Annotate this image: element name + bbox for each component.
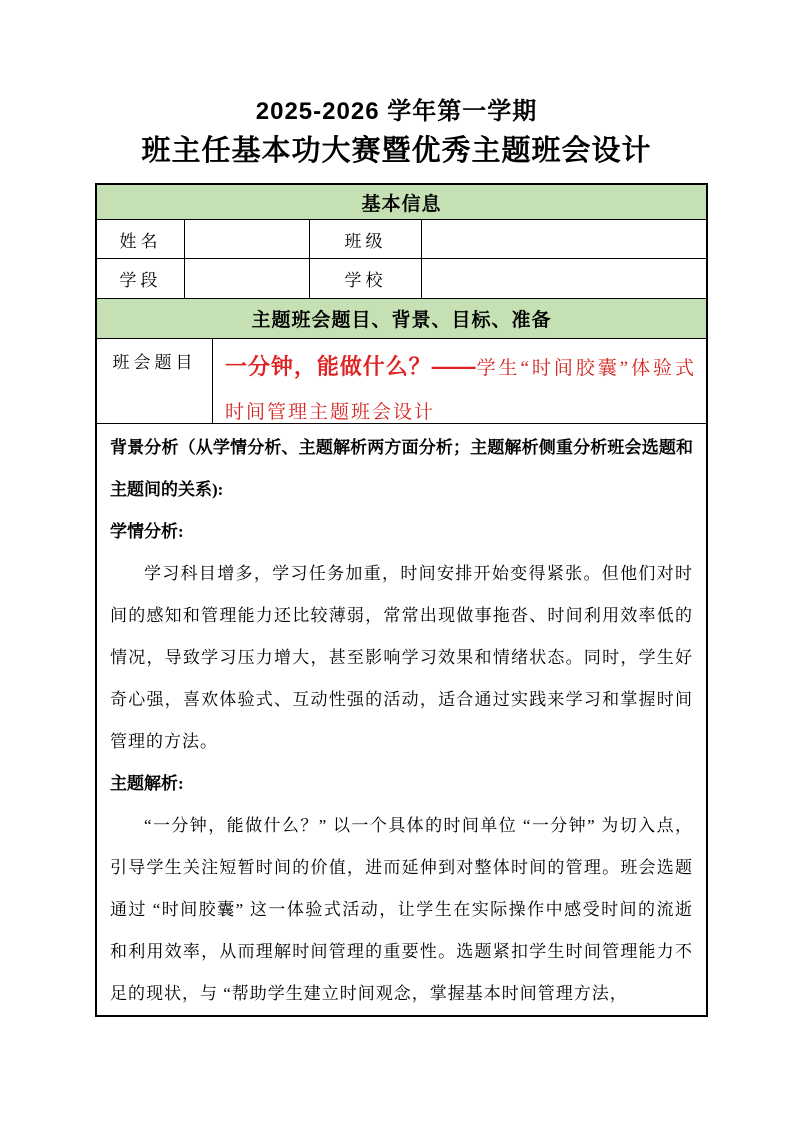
table-row-background-analysis: 背景分析（从学情分析、主题解析两方面分析；主题解析侧重分析班会选题和主题间的关系… xyxy=(97,424,706,1015)
class-label: 班级 xyxy=(310,220,422,258)
xueqing-analysis-label: 学情分析: xyxy=(110,511,693,553)
section-header-topic-background-label: 主题班会题目、背景、目标、准备 xyxy=(251,305,551,332)
section-header-basic-info: 基本信息 xyxy=(97,185,706,220)
topic-label: 班会题目 xyxy=(97,339,213,423)
zhuti-analysis-label: 主题解析: xyxy=(110,763,693,805)
section-header-basic-info-label: 基本信息 xyxy=(361,189,441,216)
table-row-stage-school: 学段 学校 xyxy=(97,259,706,299)
section-header-topic-background: 主题班会题目、背景、目标、准备 xyxy=(97,299,706,339)
background-analysis-intro: 背景分析（从学情分析、主题解析两方面分析；主题解析侧重分析班会选题和主题间的关系… xyxy=(110,427,693,511)
table-row-name-class: 姓名 班级 xyxy=(97,220,706,259)
topic-title-bold-segment: 一分钟，能做什么？—— xyxy=(225,354,476,379)
document-page: 2025-2026 学年第一学期 班主任基本功大赛暨优秀主题班会设计 基本信息 … xyxy=(0,0,793,1122)
topic-title-cell: 一分钟，能做什么？——学生“时间胶囊”体验式时间管理主题班会设计 xyxy=(213,339,706,423)
name-value-cell[interactable] xyxy=(185,220,310,258)
school-label: 学校 xyxy=(310,259,422,298)
xueqing-analysis-text: 学习科目增多，学习任务加重，时间安排开始变得紧张。但他们对时间的感知和管理能力还… xyxy=(110,553,693,763)
stage-value-cell[interactable] xyxy=(185,259,310,298)
document-title-line1: 2025-2026 学年第一学期 xyxy=(0,96,793,128)
document-title-line2: 班主任基本功大赛暨优秀主题班会设计 xyxy=(0,131,793,171)
table-row-topic-title: 班会题目 一分钟，能做什么？——学生“时间胶囊”体验式时间管理主题班会设计 xyxy=(97,339,706,424)
name-label: 姓名 xyxy=(97,220,185,258)
background-analysis-cell: 背景分析（从学情分析、主题解析两方面分析；主题解析侧重分析班会选题和主题间的关系… xyxy=(97,424,706,1015)
stage-label: 学段 xyxy=(97,259,185,298)
form-table: 基本信息 姓名 班级 学段 学校 主题班会题目、背景、目标、准备 班会题目 一分… xyxy=(95,183,708,1017)
class-value-cell[interactable] xyxy=(422,220,706,258)
school-value-cell[interactable] xyxy=(422,259,706,298)
zhuti-analysis-text: “一分钟，能做什么？” 以一个具体的时间单位 “一分钟” 为切入点，引导学生关注… xyxy=(110,805,693,1015)
